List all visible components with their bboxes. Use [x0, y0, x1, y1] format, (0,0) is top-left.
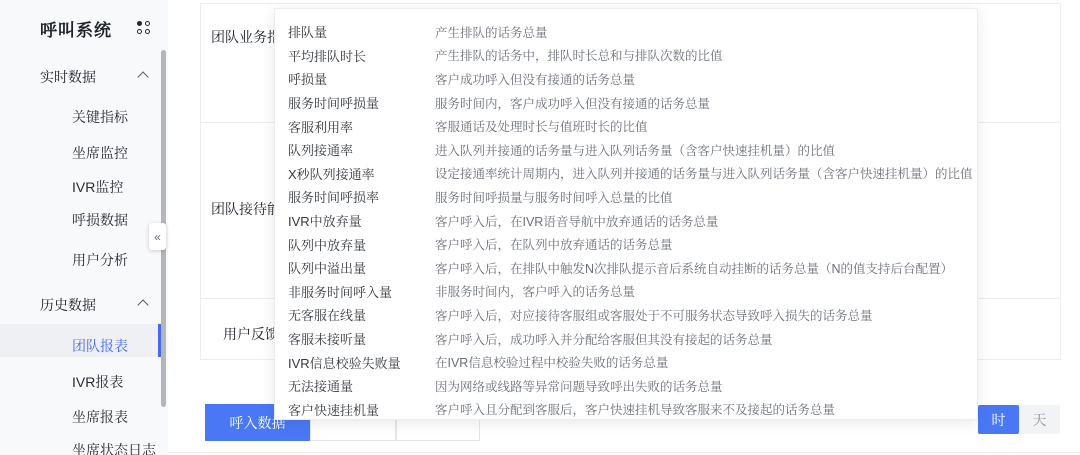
metric-description: 客户呼入后，对应接待客服组或客服处于不可服务状态导致呼入损失的话务总量 — [435, 306, 873, 324]
metric-definition-row: IVR信息校验失败量在IVR信息校验过程中校验失败的话务总量 — [288, 350, 967, 374]
sidebar-item-realtime-0[interactable]: 关键指标 — [72, 107, 128, 127]
sidebar-item-realtime-1[interactable]: 坐席监控 — [72, 143, 128, 163]
grid-dot — [137, 21, 142, 26]
grid-dot — [145, 29, 150, 34]
metric-description: 客户呼入后，在队列中放弃通话的话务总量 — [435, 235, 673, 253]
metric-name: IVR中放弃量 — [288, 211, 435, 230]
metric-definition-row: 队列中放弃量客户呼入后，在队列中放弃通话的话务总量 — [288, 232, 967, 256]
metric-description: 客户呼入后，在排队中触发N次排队提示音后系统自动挂断的话务总量（N的值支持后台配… — [435, 259, 953, 277]
metric-definition-row: 无客服在线量客户呼入后，对应接待客服组或客服处于不可服务状态导致呼入损失的话务总… — [288, 303, 967, 327]
metric-name: 队列中放弃量 — [288, 235, 435, 254]
metric-description: 进入队列并接通的话务量与进入队列话务量（含客户快速挂机量）的比值 — [435, 141, 835, 159]
metric-definition-row: 队列中溢出量客户呼入后，在排队中触发N次排队提示音后系统自动挂断的话务总量（N的… — [288, 256, 967, 280]
sidebar-item-realtime-3[interactable]: 呼损数据 — [72, 210, 128, 230]
sidebar-item-history-1[interactable]: IVR报表 — [72, 372, 123, 392]
metric-description: 服务时间内，客户成功呼入但没有接通的话务总量 — [435, 94, 710, 112]
collapse-chevrons-icon: « — [154, 230, 161, 244]
metric-name: 服务时间呼损率 — [288, 187, 435, 206]
metric-name: 客服利用率 — [288, 117, 435, 136]
metric-definition-row: 非服务时间呼入量非服务时间内，客户呼入的话务总量 — [288, 280, 967, 304]
metric-description: 客户成功呼入但没有接通的话务总量 — [435, 70, 635, 88]
metric-name: 非服务时间呼入量 — [288, 282, 435, 301]
metric-name: IVR信息校验失败量 — [288, 353, 435, 372]
metric-description: 客户呼入后，在IVR语音导航中放弃通话的话务总量 — [435, 212, 718, 230]
metric-definition-row: 服务时间呼损率服务时间呼损量与服务时间呼入总量的比值 — [288, 185, 967, 209]
chevron-up-icon[interactable] — [137, 71, 148, 82]
sidebar-item-realtime-2[interactable]: IVR监控 — [72, 177, 123, 197]
section-divider — [168, 452, 1080, 453]
metric-description: 客服通话及处理时长与值班时长的比值 — [435, 117, 648, 135]
sidebar-item-realtime-4[interactable]: 用户分析 — [72, 250, 128, 270]
metric-description: 客户呼入且分配到客服后，客户快速挂机导致客服来不及接起的话务总量 — [435, 400, 835, 418]
metric-description: 在IVR信息校验过程中校验失败的话务总量 — [435, 353, 668, 371]
metric-definition-row: 呼损量客户成功呼入但没有接通的话务总量 — [288, 67, 967, 91]
metric-name: 无法接通量 — [288, 376, 435, 395]
metric-description: 设定接通率统计周期内，进入队列并接通的话务量与进入队列话务量（含客户快速挂机量）… — [435, 164, 973, 182]
metric-definition-row: 客服未接听量客户呼入后，成功呼入并分配给客服但其没有接起的话务总量 — [288, 327, 967, 351]
metric-description: 因为网络或线路等异常问题导致呼出失败的话务总量 — [435, 377, 723, 395]
metric-name: 服务时间呼损量 — [288, 93, 435, 112]
metric-name: 客服未接听量 — [288, 329, 435, 348]
toggle-day-button[interactable]: 天 — [1019, 405, 1060, 434]
metric-definition-row: 服务时间呼损量服务时间内，客户成功呼入但没有接通的话务总量 — [288, 91, 967, 115]
metric-definition-row: IVR中放弃量客户呼入后，在IVR语音导航中放弃通话的话务总量 — [288, 209, 967, 233]
grid-dot — [137, 29, 142, 34]
metric-definition-row: 排队量产生排队的话务总量 — [288, 20, 967, 44]
metric-description: 服务时间呼损量与服务时间呼入总量的比值 — [435, 188, 673, 206]
metric-description: 产生排队的话务中，排队时长总和与排队次数的比值 — [435, 46, 723, 64]
metric-description: 非服务时间内，客户呼入的话务总量 — [435, 282, 635, 300]
metric-definition-row: 队列接通率进入队列并接通的话务量与进入队列话务量（含客户快速挂机量）的比值 — [288, 138, 967, 162]
metric-name: 无客服在线量 — [288, 305, 435, 324]
sidebar: 呼叫系统 实时数据关键指标坐席监控IVR监控呼损数据用户分析历史数据团队报表IV… — [0, 0, 168, 455]
grid-dots-icon[interactable] — [137, 21, 151, 35]
metric-description: 客户呼入后，成功呼入并分配给客服但其没有接起的话务总量 — [435, 330, 773, 348]
metric-name: 呼损量 — [288, 69, 435, 88]
sidebar-item-history-0[interactable]: 团队报表 — [72, 336, 128, 356]
sidebar-collapse-button[interactable]: « — [149, 223, 166, 250]
metric-name: X秒队列接通率 — [288, 164, 435, 183]
sidebar-section-label[interactable]: 实时数据 — [40, 67, 96, 87]
metric-name: 队列中溢出量 — [288, 258, 435, 277]
metric-name: 客户快速挂机量 — [288, 400, 435, 419]
metric-definition-row: X秒队列接通率设定接通率统计周期内，进入队列并接通的话务量与进入队列话务量（含客… — [288, 162, 967, 186]
metric-name: 排队量 — [288, 22, 435, 41]
grid-dot — [145, 21, 150, 26]
metric-name: 平均排队时长 — [288, 46, 435, 65]
toggle-hour-button[interactable]: 时 — [978, 405, 1019, 434]
metric-definition-row: 客户快速挂机量客户呼入且分配到客服后，客户快速挂机导致客服来不及接起的话务总量 — [288, 398, 967, 421]
sidebar-item-history-3[interactable]: 坐席状态日志 — [72, 440, 156, 455]
metric-definition-row: 平均排队时长产生排队的话务中，排队时长总和与排队次数的比值 — [288, 44, 967, 68]
chevron-up-icon[interactable] — [137, 299, 148, 310]
sidebar-item-history-2[interactable]: 坐席报表 — [72, 407, 128, 427]
sidebar-section-label[interactable]: 历史数据 — [40, 295, 96, 315]
metric-description: 产生排队的话务总量 — [435, 23, 548, 41]
app-title: 呼叫系统 — [40, 16, 112, 41]
metric-name: 队列接通率 — [288, 140, 435, 159]
metric-definitions-popup: 排队量产生排队的话务总量平均排队时长产生排队的话务中，排队时长总和与排队次数的比… — [274, 8, 978, 420]
metric-definition-row: 客服利用率客服通话及处理时长与值班时长的比值 — [288, 114, 967, 138]
metric-definition-row: 无法接通量因为网络或线路等异常问题导致呼出失败的话务总量 — [288, 374, 967, 398]
